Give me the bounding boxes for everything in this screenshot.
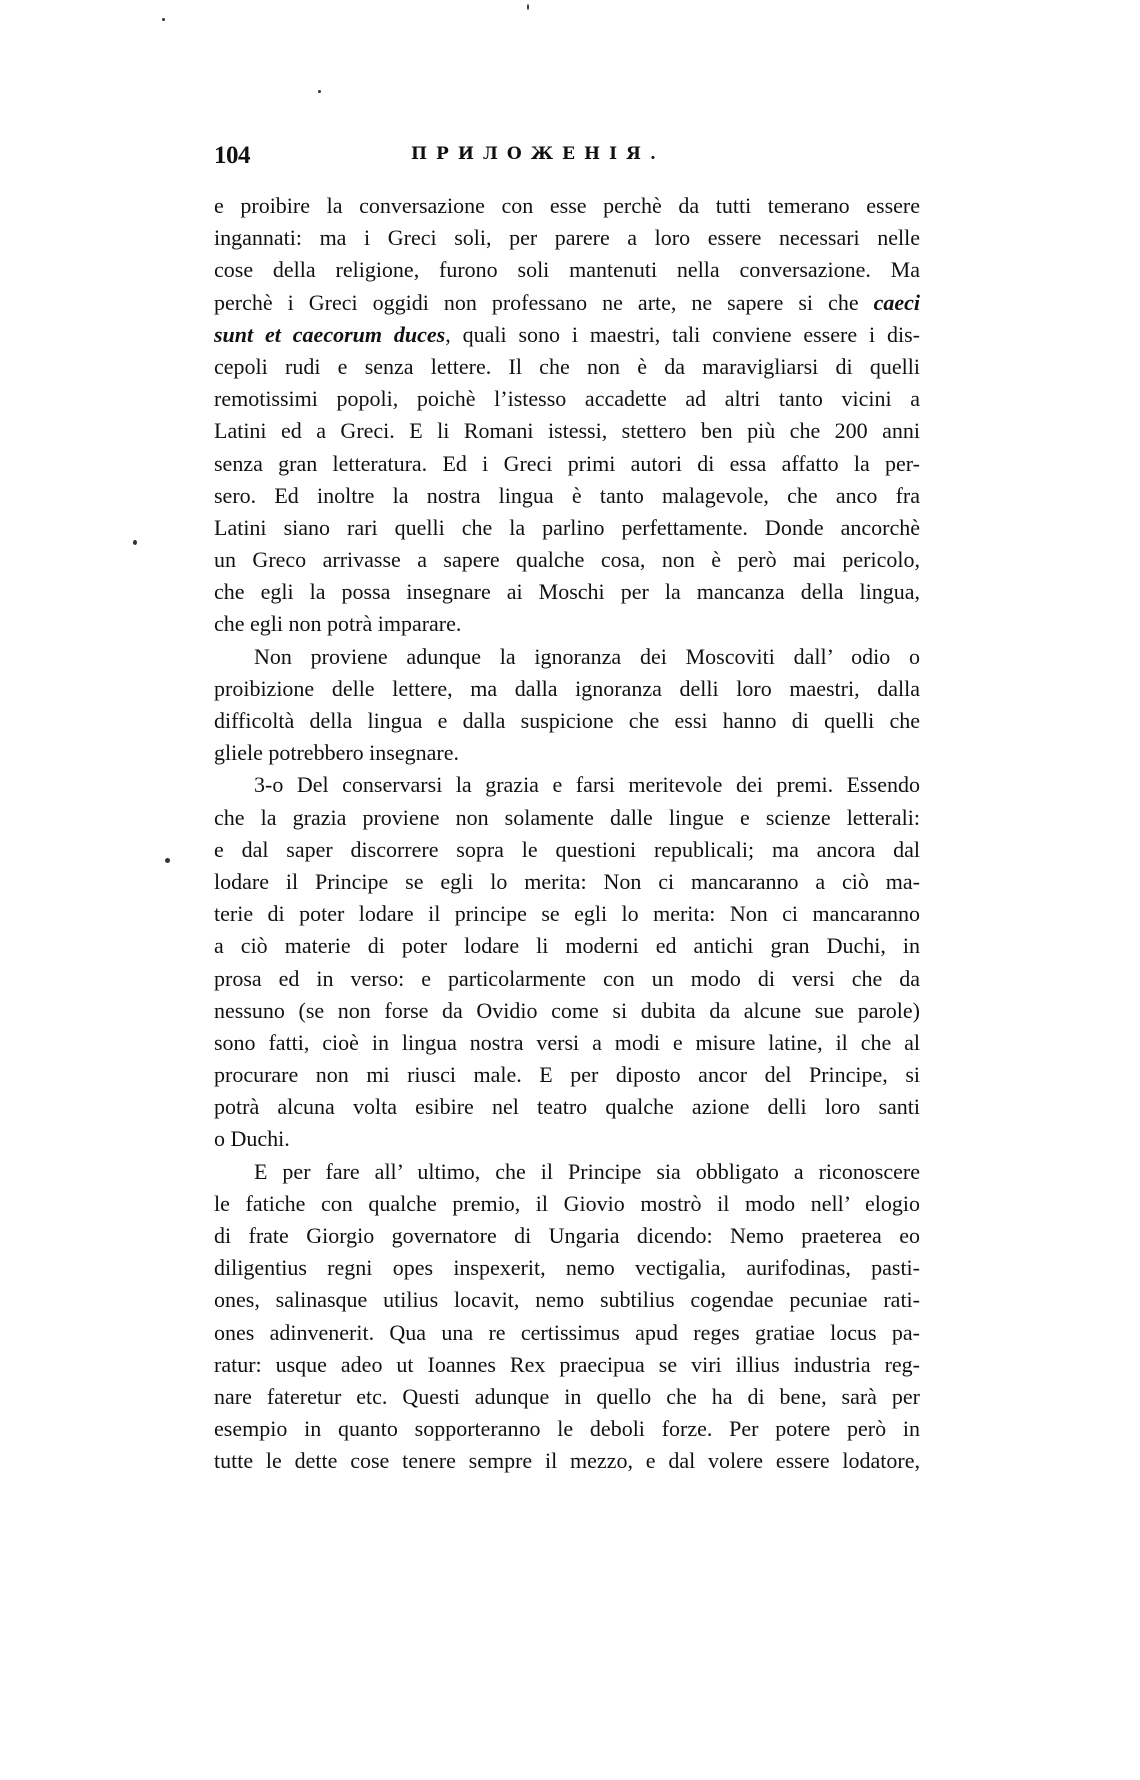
text-line: nessuno (se non forse da Ovidio come si … [214, 995, 920, 1027]
latin-quote: caeci [874, 290, 920, 315]
text-line: terie di poter lodare il principe se egl… [214, 898, 920, 930]
text-line: nare fateretur etc. Questi adunque in qu… [214, 1381, 920, 1413]
text-line: Latini siano rari quelli che la parlino … [214, 512, 920, 544]
text-line: ingannati: ma i Greci soli, per parere a… [214, 222, 920, 254]
text-span: perchè i Greci oggidi non professano ne … [214, 290, 874, 315]
book-page: 104 ПРИЛОЖЕНІЯ. e proibire la conversazi… [0, 0, 1140, 1780]
text-line: di frate Giorgio governatore di Ungaria … [214, 1220, 920, 1252]
text-line: ones, salinasque utilius locavit, nemo s… [214, 1284, 920, 1316]
text-line: proibizione delle lettere, ma dalla igno… [214, 673, 920, 705]
text-line: gliele potrebbero insegnare. [214, 737, 920, 769]
text-line: ones adinvenerit. Qua una re certissimus… [214, 1317, 920, 1349]
text-line: che egli non potrà imparare. [214, 608, 920, 640]
text-line: Latini ed a Greci. E li Romani istessi, … [214, 415, 920, 447]
latin-quote: sunt et caecorum duces [214, 322, 445, 347]
text-line: diligentius regni opes inspexerit, nemo … [214, 1252, 920, 1284]
text-line: sero. Ed inoltre la nostra lingua è tant… [214, 480, 920, 512]
text-line: un Greco arrivasse a sapere qualche cosa… [214, 544, 920, 576]
page-header: 104 ПРИЛОЖЕНІЯ. [214, 142, 924, 182]
scan-speck [318, 90, 321, 93]
text-line: perchè i Greci oggidi non professano ne … [214, 287, 920, 319]
scan-speck [165, 858, 170, 863]
text-line: difficoltà della lingua e dalla suspicio… [214, 705, 920, 737]
scan-speck [162, 18, 165, 21]
text-line: cepoli rudi e senza lettere. Il che non … [214, 351, 920, 383]
section-heading-line: 3-o Del conservarsi la grazia e farsi me… [214, 769, 920, 801]
text-line: esempio in quanto sopporteranno le debol… [214, 1413, 920, 1445]
text-span: , quali sono i maestri, tali conviene es… [445, 322, 920, 347]
text-line: e proibire la conversazione con esse per… [214, 190, 920, 222]
text-line: cose della religione, furono soli manten… [214, 254, 920, 286]
text-line: che la grazia proviene non solamente dal… [214, 802, 920, 834]
text-line: le fatiche con qualche premio, il Giovio… [214, 1188, 920, 1220]
paragraph-start: E per fare all’ ultimo, che il Principe … [214, 1156, 920, 1188]
scan-speck [527, 4, 529, 10]
text-line: sunt et caecorum duces, quali sono i mae… [214, 319, 920, 351]
text-line: prosa ed in verso: e particolarmente con… [214, 963, 920, 995]
text-line: a ciò materie di poter lodare li moderni… [214, 930, 920, 962]
running-head: ПРИЛОЖЕНІЯ. [411, 144, 665, 164]
text-line: tutte le dette cose tenere sempre il mez… [214, 1445, 920, 1477]
body-text: e proibire la conversazione con esse per… [214, 190, 920, 1478]
text-line: procurare non mi riusci male. E per dipo… [214, 1059, 920, 1091]
page-number: 104 [214, 142, 250, 170]
text-line: che egli la possa insegnare ai Moschi pe… [214, 576, 920, 608]
text-line: e dal saper discorrere sopra le question… [214, 834, 920, 866]
text-line: senza gran letteratura. Ed i Greci primi… [214, 448, 920, 480]
text-line: sono fatti, cioè in lingua nostra versi … [214, 1027, 920, 1059]
text-line: ratur: usque adeo ut Ioannes Rex praecip… [214, 1349, 920, 1381]
text-line: lodare il Principe se egli lo merita: No… [214, 866, 920, 898]
text-line: o Duchi. [214, 1123, 920, 1155]
text-line: potrà alcuna volta esibire nel teatro qu… [214, 1091, 920, 1123]
scan-speck [133, 540, 137, 545]
paragraph-start: Non proviene adunque la ignoranza dei Mo… [214, 641, 920, 673]
text-line: remotissimi popoli, poichè l’istesso acc… [214, 383, 920, 415]
